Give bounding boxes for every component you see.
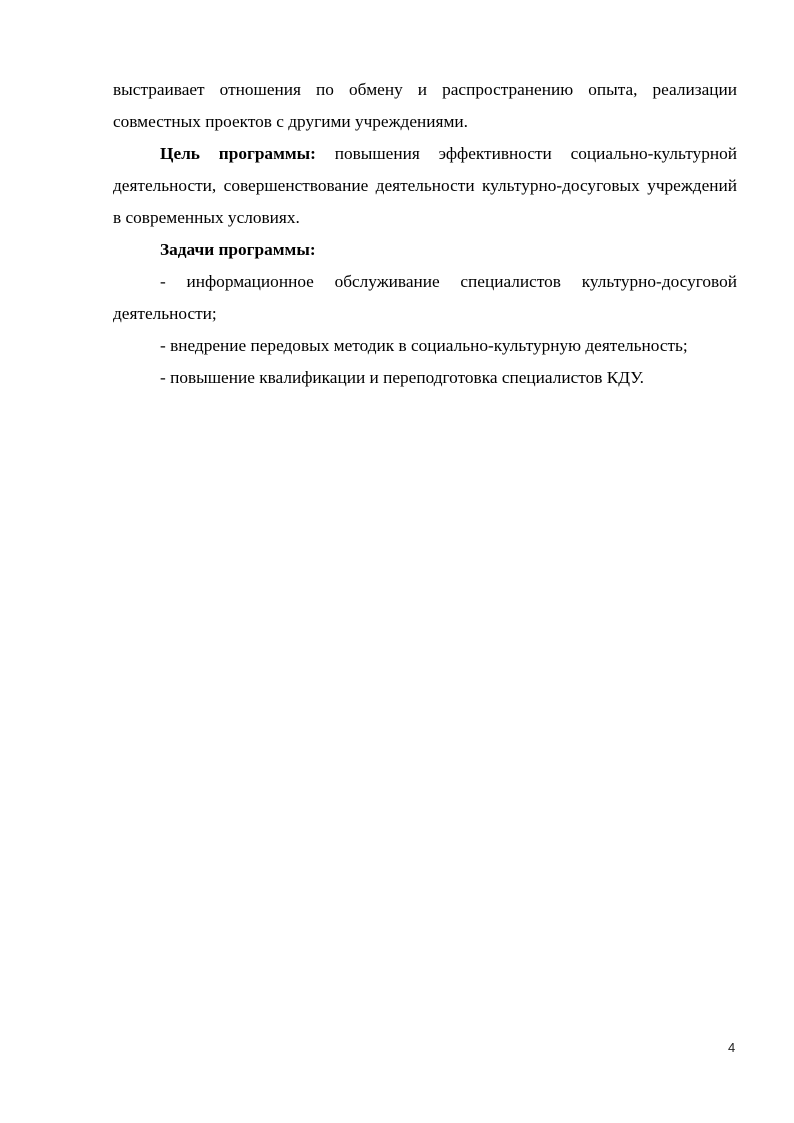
- task-item-1: - информационное обслуживание специалист…: [113, 266, 737, 330]
- task-item-3: - повышение квалификации и переподготовк…: [113, 362, 737, 394]
- paragraph-program-goal: Цель программы: повышения эффективности …: [113, 138, 737, 234]
- program-goal-label: Цель программы:: [160, 144, 316, 163]
- task-item-2: - внедрение передовых методик в социальн…: [113, 330, 737, 362]
- page-number: 4: [728, 1040, 735, 1055]
- document-page: выстраивает отношения по обмену и распро…: [113, 74, 737, 394]
- paragraph-intro-continuation: выстраивает отношения по обмену и распро…: [113, 74, 737, 138]
- program-tasks-heading: Задачи программы:: [113, 234, 737, 266]
